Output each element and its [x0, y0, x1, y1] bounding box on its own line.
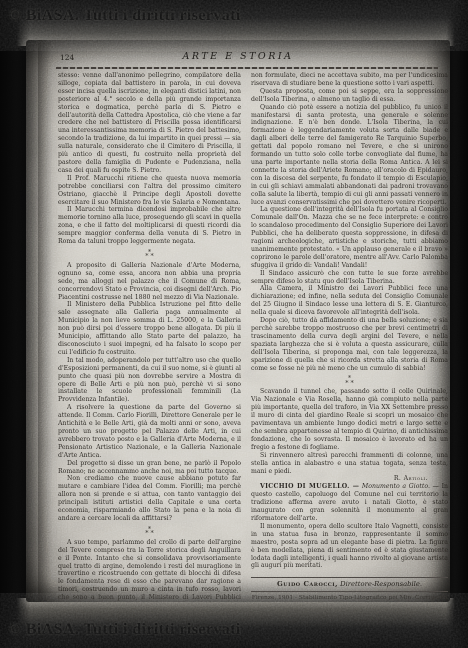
right-column: non formulate, dieci ne accettava subito…	[251, 72, 448, 602]
section-vicchio-paragraph: VICCHIO DI MUGELLO. — Monumento a Giotto…	[251, 483, 448, 523]
paragraph: A proposito di Galleria Nazionale d'Arte…	[58, 262, 241, 302]
paragraph: La questione dell'integrità dell'Isola f…	[251, 206, 448, 269]
asterism-bottom: * *	[145, 254, 154, 259]
paragraph: stesso: venne dall'anonimo pellegrino, c…	[58, 72, 241, 175]
correspondent-signature: R. Artioli.	[251, 475, 448, 483]
section-title: VICCHIO DI MUGELLO. —	[260, 483, 359, 490]
paragraph: Del progetto si disse un gran bene, ne p…	[58, 460, 241, 476]
paragraph: Il monumento, opera dello scultore Italo…	[251, 523, 448, 570]
paragraph: non formulate, dieci ne accettava subito…	[251, 72, 448, 88]
paragraph: Alla Camera, il Ministro dei Lavori Pubb…	[251, 285, 448, 317]
paragraph: A suo tempo, parlammo del crollo di part…	[58, 539, 241, 602]
paper-page: 124 ARTE E STORIA stesso: venne dall'ano…	[26, 40, 450, 602]
paragraph: Il Prof. Marucchi ritiene che questa nuo…	[58, 175, 241, 207]
paragraph: Il Marucchi termina dicendosi improbabil…	[58, 206, 241, 246]
asterism-separator: * * *	[58, 527, 241, 536]
journal-title: ARTE E STORIA	[26, 51, 450, 62]
paragraph: Scavando il tunnel che, passando sotto i…	[251, 388, 448, 451]
paragraph: Il Ministero della Pubblica Istruzione p…	[58, 301, 241, 356]
watermark-bottom: © BiASA. Tutti i diritti riservati	[9, 621, 241, 639]
editor-name: Guido Carocci,	[277, 580, 338, 588]
asterism-bottom: * *	[345, 381, 354, 386]
paragraph: In tal modo, adoperandolo per tutt'altro…	[58, 357, 241, 404]
paragraph: A risolvere la questione da parte del Go…	[58, 404, 241, 459]
text-columns: stesso: venne dall'anonimo pellegrino, c…	[26, 72, 450, 602]
paragraph: Il Sindaco assicurò che con tutte le sue…	[251, 270, 448, 286]
header-rule	[56, 67, 438, 69]
page-header: 124 ARTE E STORIA	[26, 40, 450, 72]
paragraph: Non crediamo che nuove cause abbiano pot…	[58, 475, 241, 522]
paragraph: Si rinvennero altresì parecchi frammenti…	[251, 452, 448, 476]
paragraph: Questa proposta, come poi si seppe, era …	[251, 88, 448, 104]
left-column: stesso: venne dall'anonimo pellegrino, c…	[58, 72, 241, 602]
paragraph: Dopo ciò, tutto dà affidamento di una be…	[251, 317, 448, 372]
asterism-bottom: * *	[145, 531, 154, 536]
asterism-separator: * * *	[251, 376, 448, 385]
editor-signature-line: Guido Carocci, Direttore-Responsabile.	[251, 580, 448, 589]
footer-rule	[251, 577, 448, 578]
paragraph: Quando ciò potè essere a notizia del pub…	[251, 104, 448, 207]
editor-role: Direttore-Responsabile.	[338, 580, 422, 588]
footer-rule	[251, 591, 448, 592]
asterism-separator: * * *	[58, 250, 241, 259]
watermark-top: © BiASA. Tutti i diritti riservati	[9, 7, 241, 25]
section-subtitle: Monumento a Giotto. —	[359, 483, 441, 490]
scanned-journal-page: 124 ARTE E STORIA stesso: venne dall'ano…	[0, 0, 468, 648]
page-footer: Guido Carocci, Direttore-Responsabile. F…	[251, 575, 448, 602]
imprint-line: Firenze, 1901 - Stabilimento Tipo-Litogr…	[251, 594, 448, 602]
